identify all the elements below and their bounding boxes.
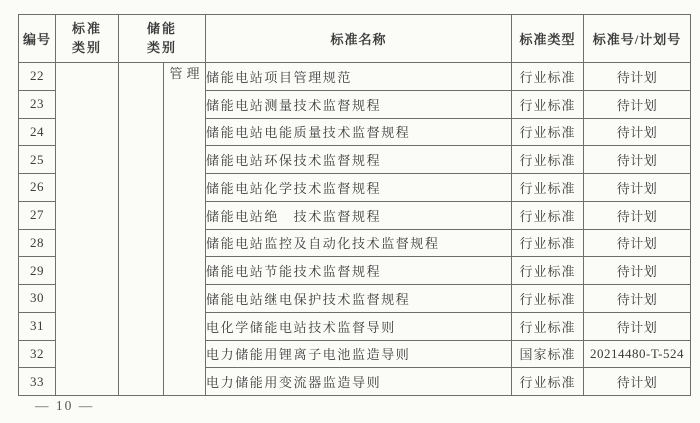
row-number-cell: 20214480-T-524 (584, 340, 691, 368)
row-name-cell: 储能电站环保技术监督规程 (206, 146, 512, 174)
row-name-cell: 储能电站节能技术监督规程 (206, 257, 512, 285)
row-number-cell: 待计划 (584, 90, 691, 118)
row-type-cell: 国家标准 (512, 340, 584, 368)
row-name-cell: 电力储能用变流器监造导则 (206, 368, 512, 396)
row-type-cell: 行业标准 (512, 285, 584, 313)
table-header: 编号 标准类别 储能类别 标准名称 标准类型 标准号/计划号 (19, 15, 691, 63)
row-type-cell: 行业标准 (512, 257, 584, 285)
row-number-cell: 待计划 (584, 368, 691, 396)
col-header-name: 标准名称 (206, 15, 512, 63)
row-id-cell: 25 (19, 146, 56, 174)
row-type-cell: 行业标准 (512, 174, 584, 202)
row-name-cell: 储能电站化学技术监督规程 (206, 174, 512, 202)
row-id-cell: 32 (19, 340, 56, 368)
row-name-cell: 储能电站电能质量技术监督规程 (206, 118, 512, 146)
row-type-cell: 行业标准 (512, 368, 584, 396)
header-row: 编号 标准类别 储能类别 标准名称 标准类型 标准号/计划号 (19, 15, 691, 63)
storage-sub1-merged-cell (119, 63, 164, 396)
row-id-cell: 22 (19, 63, 56, 91)
col-header-type: 标准类型 (512, 15, 584, 63)
category-merged-cell (56, 63, 119, 396)
page-number: — 10 — (35, 398, 94, 414)
row-id-cell: 31 (19, 312, 56, 340)
row-type-cell: 行业标准 (512, 90, 584, 118)
row-id-cell: 30 (19, 285, 56, 313)
row-number-cell: 待计划 (584, 285, 691, 313)
row-number-cell: 待计划 (584, 146, 691, 174)
row-name-cell: 储能电站项目管理规范 (206, 63, 512, 91)
col-header-category: 标准类别 (56, 15, 119, 63)
table-row: 22 管理 储能电站项目管理规范 行业标准 待计划 (19, 63, 691, 91)
row-number-cell: 待计划 (584, 201, 691, 229)
table-body: 22 管理 储能电站项目管理规范 行业标准 待计划 23 储能电站测量技术监督规… (19, 63, 691, 396)
row-name-cell: 电力储能用锂离子电池监造导则 (206, 340, 512, 368)
row-type-cell: 行业标准 (512, 201, 584, 229)
row-type-cell: 行业标准 (512, 118, 584, 146)
row-id-cell: 27 (19, 201, 56, 229)
row-number-cell: 待计划 (584, 174, 691, 202)
row-number-cell: 待计划 (584, 63, 691, 91)
row-number-cell: 待计划 (584, 118, 691, 146)
col-header-storage: 储能类别 (119, 15, 206, 63)
row-type-cell: 行业标准 (512, 63, 584, 91)
row-name-cell: 储能电站继电保护技术监督规程 (206, 285, 512, 313)
row-id-cell: 28 (19, 229, 56, 257)
col-header-id: 编号 (19, 15, 56, 63)
standards-table: 编号 标准类别 储能类别 标准名称 标准类型 标准号/计划号 22 管理 储能电… (18, 14, 691, 396)
row-name-cell: 储能电站绝 技术监督规程 (206, 201, 512, 229)
row-id-cell: 26 (19, 174, 56, 202)
row-name-cell: 电化学储能电站技术监督导则 (206, 312, 512, 340)
row-id-cell: 24 (19, 118, 56, 146)
row-name-cell: 储能电站测量技术监督规程 (206, 90, 512, 118)
row-type-cell: 行业标准 (512, 229, 584, 257)
row-number-cell: 待计划 (584, 257, 691, 285)
row-type-cell: 行业标准 (512, 312, 584, 340)
row-name-cell: 储能电站监控及自动化技术监督规程 (206, 229, 512, 257)
row-id-cell: 29 (19, 257, 56, 285)
row-type-cell: 行业标准 (512, 146, 584, 174)
col-header-number: 标准号/计划号 (584, 15, 691, 63)
row-id-cell: 33 (19, 368, 56, 396)
row-number-cell: 待计划 (584, 312, 691, 340)
storage-sub2-merged-cell: 管理 (164, 63, 206, 396)
row-number-cell: 待计划 (584, 229, 691, 257)
row-id-cell: 23 (19, 90, 56, 118)
scanned-document-page: 编号 标准类别 储能类别 标准名称 标准类型 标准号/计划号 22 管理 储能电… (0, 0, 700, 423)
